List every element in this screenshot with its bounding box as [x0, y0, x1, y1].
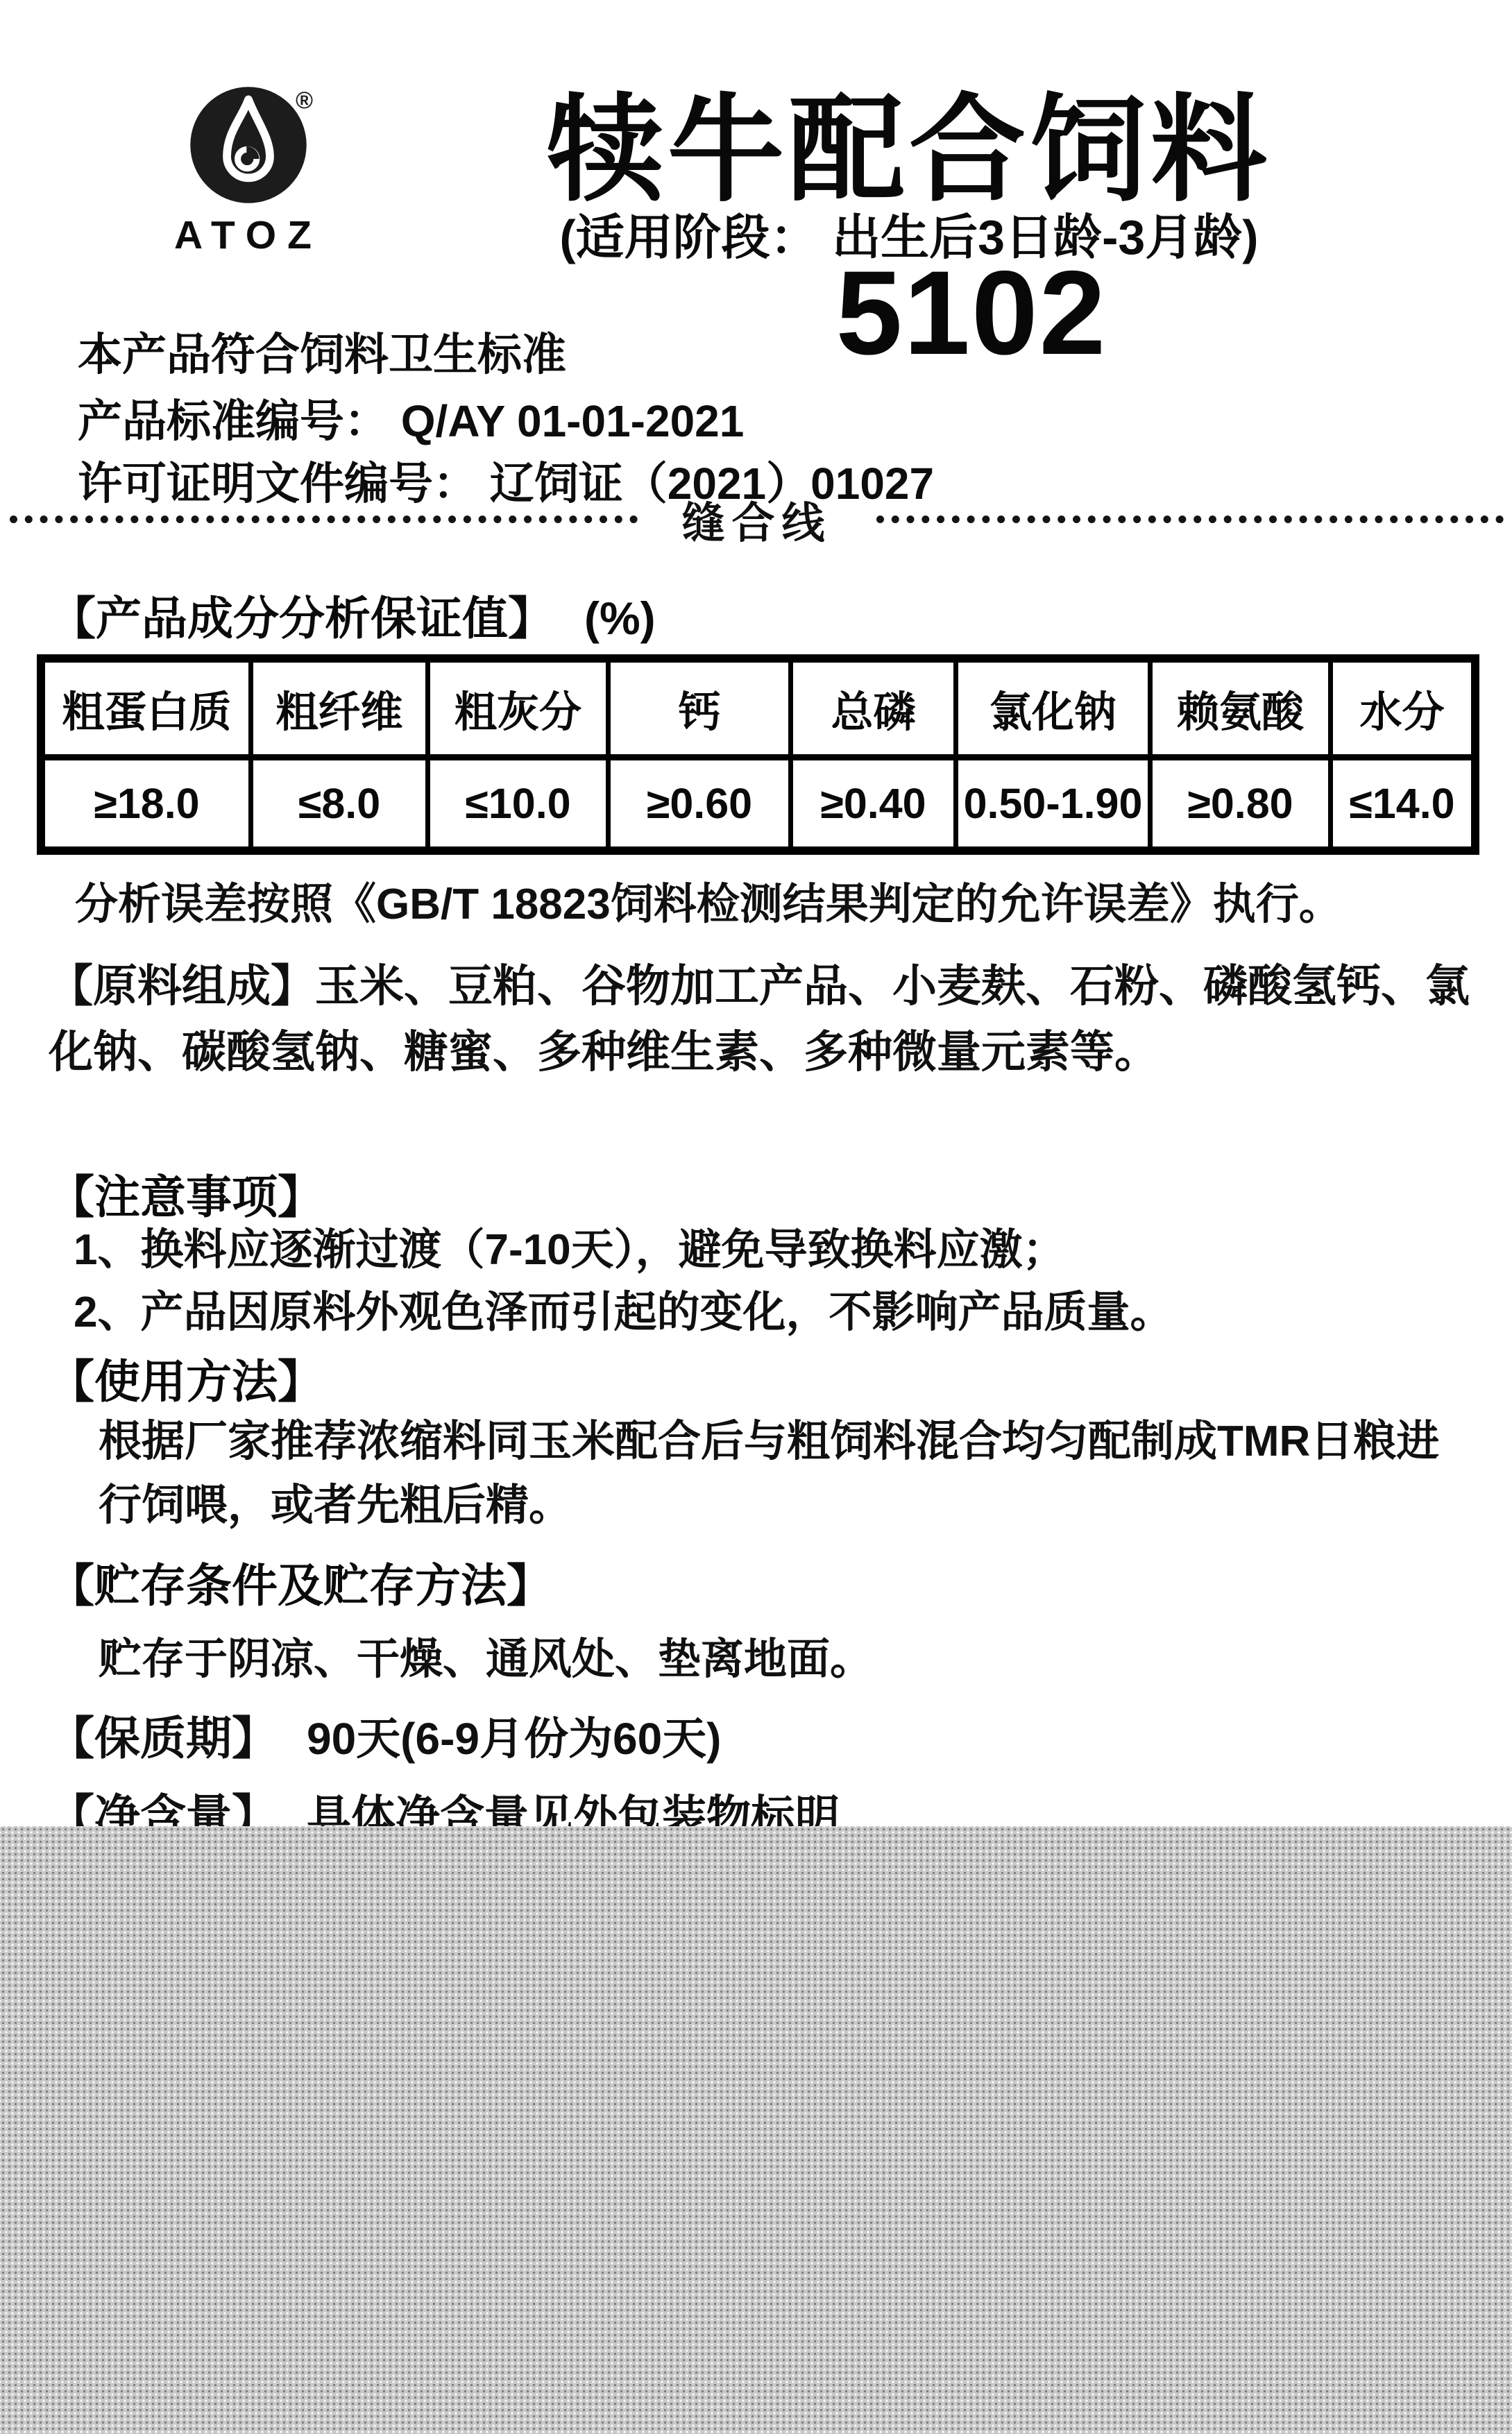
header-cell: 氯化钠 — [956, 661, 1150, 758]
storage-section-title: 【贮存条件及贮存方法】 — [49, 1549, 552, 1615]
dotted-line-left — [10, 516, 638, 523]
composition-section-title: 【产品成分分析保证值】(%) — [50, 581, 656, 647]
header-cell: 粗蛋白质 — [43, 661, 251, 758]
notice-item-2: 2、产品因原料外观色泽而引起的变化，不影响产品质量。 — [74, 1281, 1173, 1345]
dotted-line-right — [876, 516, 1504, 523]
storage-text: 贮存于阴凉、干燥、通风处、垫离地面。 — [99, 1628, 873, 1692]
stitch-line-label: 缝合线 — [682, 488, 832, 550]
table-header-row: 粗蛋白质 粗纤维 粗灰分 钙 总磷 氯化钠 赖氨酸 水分 — [43, 661, 1474, 758]
composition-unit: (%) — [584, 593, 656, 644]
value-cell: ≤10.0 — [428, 758, 609, 849]
header-cell: 赖氨酸 — [1150, 661, 1331, 758]
value-cell: 0.50-1.90 — [956, 758, 1150, 849]
registered-trademark-icon: ® — [296, 87, 313, 114]
header-cell: 总磷 — [791, 661, 956, 758]
stitch-line-separator: 缝合线 — [10, 497, 1504, 541]
value-cell: ≤8.0 — [251, 758, 428, 849]
hygiene-standard-line: 本产品符合饲料卫生标准 — [78, 319, 566, 383]
header-cell: 粗纤维 — [251, 661, 428, 758]
shelf-life-line: 【保质期】 90天(6-9月份为60天) — [49, 1701, 722, 1767]
notice-item-1: 1、换料应逐渐过渡（7-10天），避免导致换料应激； — [74, 1218, 1066, 1282]
product-code: 5102 — [763, 244, 1180, 382]
guarantee-analysis-table: 粗蛋白质 粗纤维 粗灰分 钙 总磷 氯化钠 赖氨酸 水分 ≥18.0 ≤8.0 … — [40, 658, 1476, 851]
shelf-life-value: 90天(6-9月份为60天) — [307, 1703, 722, 1767]
value-cell: ≤14.0 — [1331, 758, 1474, 849]
analysis-error-note: 分析误差按照《GB/T 18823饲料检测结果判定的允许误差》执行。 — [75, 873, 1342, 937]
value-cell: ≥18.0 — [43, 758, 251, 849]
product-standard-number-line: 产品标准编号： Q/AY 01-01-2021 — [78, 386, 744, 450]
usage-section-title: 【使用方法】 — [49, 1345, 323, 1411]
composition-title-text: 【产品成分分析保证值】 — [50, 593, 554, 644]
shelf-life-title: 【保质期】 — [49, 1701, 278, 1767]
feed-label-document: ® ATOZ 犊牛配合饲料 (适用阶段： 出生后3日龄-3月龄) 5102 本产… — [0, 0, 1512, 2434]
usage-paragraph: 根据厂家推荐浓缩料同玉米配合后与粗饲料混合均匀配制成TMR日粮进行饲喂，或者先粗… — [99, 1410, 1481, 1538]
value-cell: ≥0.40 — [791, 758, 956, 849]
halftone-gray-block — [0, 1826, 1512, 2434]
brand-logo: ® ATOZ — [172, 82, 325, 258]
ingredients-paragraph: 【原料组成】玉米、豆粕、谷物加工产品、小麦麸、石粉、磷酸氢钙、氯化钠、碳酸氢钠、… — [49, 953, 1472, 1084]
flame-drop-logo-icon — [185, 82, 312, 208]
value-cell: ≥0.60 — [609, 758, 791, 849]
value-cell: ≥0.80 — [1150, 758, 1331, 849]
table-value-row: ≥18.0 ≤8.0 ≤10.0 ≥0.60 ≥0.40 0.50-1.90 ≥… — [43, 758, 1474, 849]
logo-text: ATOZ — [172, 212, 325, 258]
notices-section-title: 【注意事项】 — [49, 1160, 323, 1226]
header-cell: 粗灰分 — [428, 661, 609, 758]
header-cell: 钙 — [609, 661, 791, 758]
header-cell: 水分 — [1331, 661, 1474, 758]
